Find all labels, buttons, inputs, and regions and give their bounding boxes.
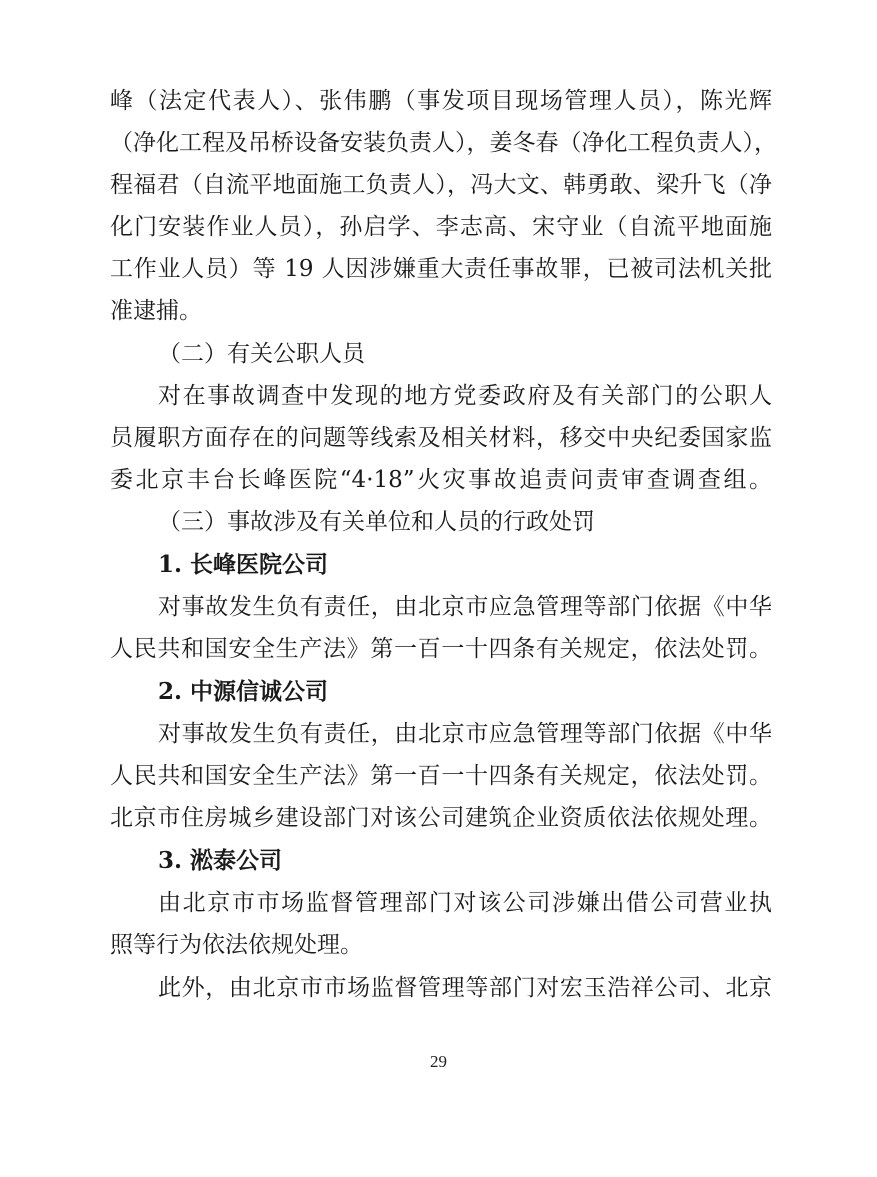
body-text-line: 人民共和国安全生产法》第一百一十四条有关规定，依法处罚。 [110, 761, 772, 791]
body-text-line: 照等行为依法依规处理。 [110, 930, 772, 960]
body-text-line: 由北京市市场监督管理部门对该公司涉嫌出借公司营业执 [158, 888, 772, 918]
subheading-songtai: 3. 淞泰公司 [158, 846, 772, 876]
body-text-line: （净化工程及吊桥设备安装负责人），姜冬春（净化工程负责人）， [110, 128, 772, 158]
body-text-line: 对事故发生负有责任，由北京市应急管理等部门依据《中华 [158, 719, 772, 749]
section-heading-public-officials: （二）有关公职人员 [158, 339, 772, 369]
body-text-line: 此外，由北京市市场监督管理等部门对宏玉浩祥公司、北京 [158, 973, 772, 1003]
body-text-line: 化门安装作业人员），孙启学、李志高、宋守业（自流平地面施 [110, 212, 772, 242]
subheading-changfeng-hospital: 1. 长峰医院公司 [158, 550, 772, 580]
body-text-line: 峰（法定代表人）、张伟鹏（事发项目现场管理人员），陈光辉 [110, 86, 772, 116]
body-text-line: 人民共和国安全生产法》第一百一十四条有关规定，依法处罚。 [110, 634, 772, 664]
body-text-line: 委北京丰台长峰医院“4·18”火灾事故追责问责审查调查组。 [110, 465, 772, 495]
body-text-line: 北京市住房城乡建设部门对该公司建筑企业资质依法依规处理。 [110, 803, 772, 833]
body-text-line: 程福君（自流平地面施工负责人），冯大文、韩勇敢、梁升飞（净 [110, 170, 772, 200]
body-text-line: 工作业人员）等 19 人因涉嫌重大责任事故罪，已被司法机关批 [110, 254, 772, 284]
body-text-line: 对在事故调查中发现的地方党委政府及有关部门的公职人 [158, 381, 772, 411]
page-number: 29 [0, 1052, 877, 1072]
subheading-zhongyuan-xincheng: 2. 中源信诚公司 [158, 677, 772, 707]
body-text-line: 准逮捕。 [110, 296, 772, 326]
document-page: 峰（法定代表人）、张伟鹏（事发项目现场管理人员），陈光辉 （净化工程及吊桥设备安… [0, 0, 877, 1177]
body-text-line: 员履职方面存在的问题等线索及相关材料，移交中央纪委国家监 [110, 423, 772, 453]
body-text-line: 对事故发生负有责任，由北京市应急管理等部门依据《中华 [158, 592, 772, 622]
section-heading-administrative-penalties: （三）事故涉及有关单位和人员的行政处罚 [158, 507, 772, 537]
